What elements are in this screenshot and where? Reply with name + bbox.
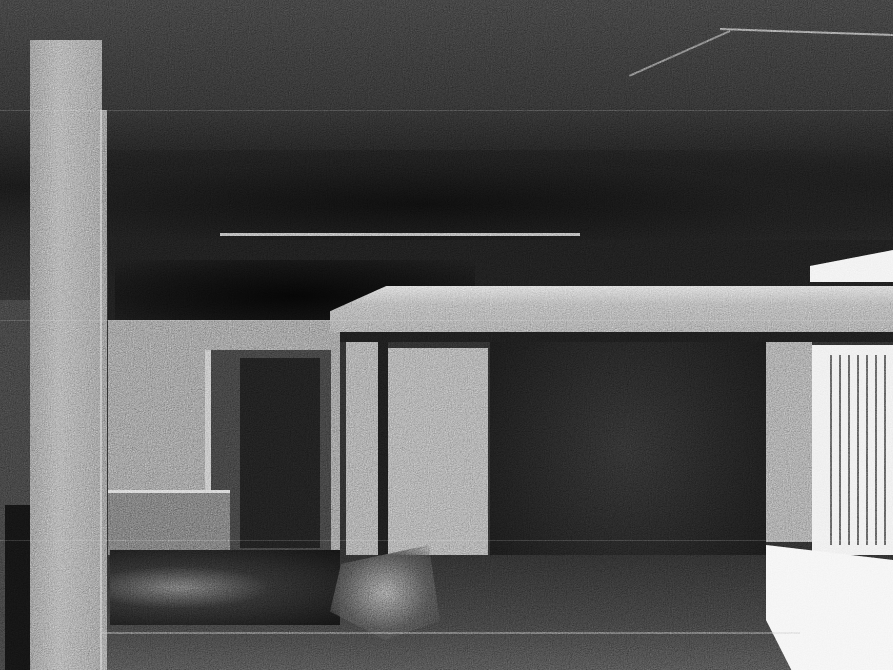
ceiling-edge-highlight — [220, 233, 580, 236]
support-column-shadow — [378, 340, 388, 555]
photo-scene: Grainy, high-contrast black-and-white ph… — [0, 0, 893, 670]
support-column — [346, 340, 382, 555]
sunlit-floor — [766, 545, 893, 670]
floor-seam — [100, 632, 800, 634]
barred-gate — [830, 355, 893, 545]
beam-shadow — [340, 332, 893, 342]
concrete-ledge — [108, 490, 230, 555]
foreground-pillar — [30, 40, 102, 670]
scan-artifact — [0, 110, 893, 111]
rubble-pile — [110, 550, 340, 625]
concrete-beam — [330, 286, 893, 332]
pillar-edge-highlight — [100, 110, 107, 670]
far-left-opening — [5, 505, 33, 670]
opening-frame — [766, 342, 812, 542]
scan-artifact — [0, 320, 893, 321]
ceiling-shadow — [105, 150, 893, 240]
scan-artifact — [0, 540, 893, 541]
doorway-interior — [240, 358, 320, 548]
